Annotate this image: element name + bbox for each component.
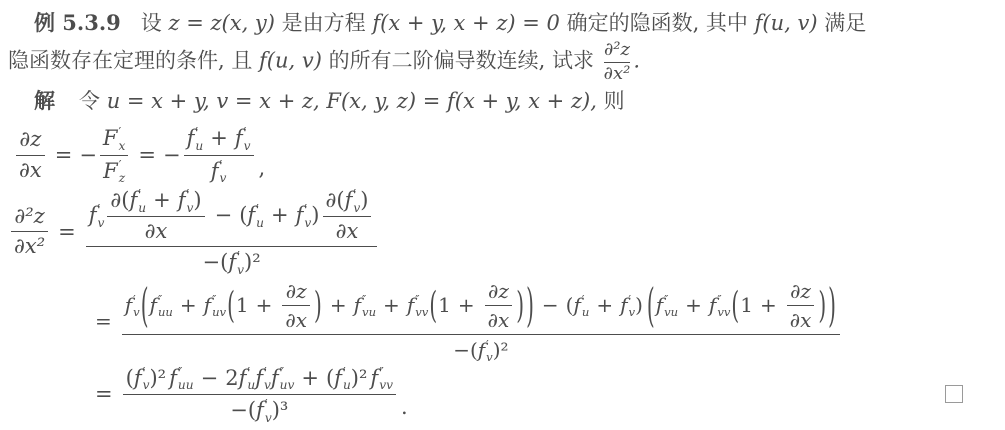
math-variable: f: [354, 293, 361, 317]
math-operator: −: [163, 143, 181, 167]
sub-sup-stack: ′z: [119, 159, 125, 186]
derivative-symbol: f′v: [345, 187, 361, 214]
prime-mark: ′: [343, 366, 346, 380]
subscript: v: [353, 202, 360, 216]
chinese-text: 满足: [818, 11, 867, 35]
fraction: ∂z∂x: [787, 279, 815, 332]
derivative-symbol: f′v: [89, 202, 105, 229]
fraction-denominator: ∂x²: [604, 64, 631, 85]
inline-math: f(x + y, x + z) = 0: [372, 11, 560, 35]
math-operator: =: [95, 382, 113, 406]
fraction: ∂(f′u+f′v)∂x: [107, 187, 204, 244]
math-operator: −: [542, 293, 559, 317]
subscript: v: [143, 379, 150, 393]
subscript: u: [256, 217, 264, 231]
fraction-bar: [485, 305, 513, 306]
math-variable: f: [271, 366, 279, 391]
sub-sup-stack: ″uu: [178, 366, 194, 393]
math-operator: ): [311, 203, 319, 228]
math-operator: +: [330, 293, 347, 317]
derivative-symbol: f″uv: [271, 365, 295, 392]
math-operator: )³: [272, 398, 289, 423]
subscript: vu: [664, 306, 678, 319]
math-variable: f: [656, 293, 663, 317]
fraction-numerator: ∂z: [283, 279, 310, 303]
sub-sup-stack: ′v: [264, 366, 271, 393]
fraction-numerator: ∂z: [787, 279, 814, 303]
derivative-symbol: f″vv: [709, 292, 731, 318]
math-operator: =: [58, 220, 76, 244]
math-operator: (: [126, 366, 134, 391]
math-operator: ): [193, 188, 201, 213]
math-variable: f: [204, 293, 211, 317]
math-variable: f: [620, 293, 627, 317]
derivative-symbol: f′v: [256, 397, 272, 424]
equation-second-derivative-step1: ∂²z∂x²=f′v∂(f′u+f′v)∂x−(f′u+f′v)∂(f′v)∂x…: [8, 187, 995, 277]
sub-sup-stack: ′v: [353, 188, 360, 215]
fraction-denominator: ∂x: [333, 219, 362, 244]
fraction: ∂z∂x: [16, 127, 45, 182]
math-variable: F: [103, 159, 118, 184]
math-operator: =: [95, 309, 112, 333]
math-variable: f: [89, 203, 97, 228]
sub-sup-stack: ′u: [138, 188, 146, 215]
fraction: (f′v)²f″uu−2f′uf′vf″uv+(f′u)²f″vv−(f′v)³: [123, 365, 396, 425]
prime-mark: ′: [98, 203, 101, 217]
derivative-symbol: f′u: [129, 187, 146, 214]
sub-sup-stack: ″vv: [717, 293, 730, 319]
fraction: f′u+f′vf′v: [184, 125, 254, 185]
math-operator: 1: [438, 293, 451, 317]
chinese-text: 令: [79, 89, 107, 113]
math-operator: 1: [236, 293, 249, 317]
math-operator: +: [760, 293, 777, 317]
prime-mark: ′: [256, 203, 259, 217]
derivative-symbol: f′v: [235, 125, 251, 152]
fraction-bar: [86, 246, 378, 247]
sub-sup-stack: ″vv: [415, 293, 428, 319]
subscript: v: [486, 351, 493, 364]
derivative-symbol: f′v: [125, 292, 140, 318]
math-operator: +: [180, 293, 197, 317]
math-variable: f: [150, 293, 157, 317]
sub-sup-stack: ′v: [186, 188, 193, 215]
sub-sup-stack: ′v: [237, 250, 244, 277]
math-variable: f: [134, 366, 142, 391]
fraction-numerator: (f′v)²f″uu−2f′uf′vf″uv+(f′u)²f″vv: [123, 365, 396, 392]
prime-mark: ′: [304, 203, 307, 217]
math-variable: ∂x: [488, 308, 510, 332]
fraction-bar: [323, 216, 372, 217]
derivative-symbol: f′u: [247, 202, 264, 229]
subscript: vv: [379, 379, 393, 393]
fraction-bar: [122, 334, 840, 335]
heading-label: 例 5.3.9: [34, 10, 121, 35]
math-variable: ∂: [110, 188, 121, 213]
prime-mark: ′: [119, 126, 122, 140]
math-operator: −(: [453, 338, 478, 362]
fraction-bar: [123, 394, 396, 395]
math-variable: f: [129, 188, 137, 213]
math-operator: +: [685, 293, 702, 317]
sub-sup-stack: ″uv: [212, 293, 226, 319]
fraction-denominator: ∂x: [485, 308, 513, 332]
fraction-denominator: ∂x: [16, 158, 45, 183]
math-operator: ): [635, 293, 643, 317]
equation-second-derivative-step2: =f′v(f″uu+f″uv(1+∂z∂x)+f″vu+f″vv(1+∂z∂x)…: [88, 279, 995, 363]
math-variable: ∂²z: [14, 204, 44, 229]
subscript: v: [244, 140, 251, 154]
prime-mark: ′: [264, 366, 267, 380]
paren: ): [818, 284, 826, 327]
paren: (: [141, 278, 149, 333]
subscript: v: [629, 306, 636, 319]
sub-sup-stack: ′v: [143, 366, 150, 393]
math-operator: ): [360, 188, 368, 213]
derivative-symbol: f″vu: [354, 292, 376, 318]
math-operator: −(: [203, 250, 229, 275]
subscript: v: [237, 264, 244, 278]
derivative-symbol: f″uu: [169, 365, 193, 392]
math-variable: f: [178, 188, 186, 213]
inline-math: f(u, v): [755, 11, 818, 35]
math-operator: )²: [351, 366, 368, 391]
fraction-numerator: ∂²z: [11, 204, 47, 229]
fraction-bar: [16, 155, 45, 156]
paren: ): [516, 284, 524, 327]
solution-line: 解令 u = x + y, v = x + z, F(x, y, z) = f(…: [8, 84, 995, 118]
inline-math: z = z(x, y): [168, 11, 275, 35]
paren: ): [828, 278, 836, 333]
sub-sup-stack: ′v: [486, 338, 493, 364]
derivative-symbol: f′u: [334, 365, 351, 392]
derivative-symbol: f′v: [134, 365, 150, 392]
math-operator: +: [383, 293, 400, 317]
punctuation: .: [401, 395, 408, 419]
paren: (: [647, 278, 655, 333]
subscript: x: [119, 140, 126, 154]
prime-mark: ′: [265, 398, 268, 412]
derivative-symbol: f′u: [573, 292, 589, 318]
fraction-bar: [100, 155, 128, 156]
heading-label: 解: [34, 88, 55, 113]
math-variable: f: [370, 366, 378, 391]
equation-first-derivative: ∂z∂x=−F′xF′z=−f′u+f′vf′v,: [13, 125, 995, 185]
sub-sup-stack: ′v: [304, 203, 311, 230]
math-variable: f: [125, 293, 132, 317]
fraction: ∂²z∂x²: [11, 204, 48, 259]
math-operator: +: [458, 293, 475, 317]
math-variable: f: [247, 203, 255, 228]
fraction-bar: [184, 155, 254, 156]
math-variable: ∂z: [488, 279, 509, 303]
fraction-numerator: f′v∂(f′u+f′v)∂x−(f′u+f′v)∂(f′v)∂x: [86, 187, 378, 244]
math-operator: (: [336, 188, 344, 213]
math-operator: +: [301, 366, 319, 391]
derivative-symbol: f′u: [187, 125, 204, 152]
math-variable: f: [239, 366, 247, 391]
math-operator: +: [210, 126, 228, 151]
chinese-text: 是由方程: [275, 11, 372, 35]
subscript: u: [195, 140, 203, 154]
subscript: u: [247, 379, 255, 393]
sub-sup-stack: ″vu: [362, 293, 376, 319]
prime-mark: ′: [138, 188, 141, 202]
math-variable: f: [187, 126, 195, 151]
prime-mark: ′: [353, 188, 356, 202]
subscript: v: [265, 412, 272, 426]
chinese-text: 设: [141, 11, 169, 35]
punctuation: ,: [259, 156, 266, 180]
prime-mark: ′: [219, 159, 222, 173]
fraction-numerator: F′x: [100, 125, 128, 152]
subscript: v: [219, 172, 226, 186]
derivative-symbol: f″uu: [150, 292, 173, 318]
derivative-symbol: f′v: [211, 158, 227, 185]
subscript: u: [343, 379, 351, 393]
sub-sup-stack: ′u: [195, 126, 203, 153]
subscript: v: [98, 217, 105, 231]
prime-mark: ″: [178, 366, 183, 380]
inline-math: f(u, v): [259, 49, 322, 73]
sub-sup-stack: ′v: [98, 203, 105, 230]
subscript: u: [138, 202, 146, 216]
fraction-numerator: f′v(f″uu+f″uv(1+∂z∂x)+f″vu+f″vv(1+∂z∂x))…: [122, 279, 840, 332]
derivative-symbol: f′v: [620, 292, 635, 318]
prime-mark: ′: [119, 159, 122, 173]
math-operator: (: [326, 366, 334, 391]
fraction: f′v(f″uu+f″uv(1+∂z∂x)+f″vu+f″vv(1+∂z∂x))…: [122, 279, 840, 363]
math-variable: f: [235, 126, 243, 151]
sub-sup-stack: ′u: [247, 366, 255, 393]
math-operator: )²: [493, 338, 509, 362]
fraction-denominator: −(f′v)²: [200, 249, 264, 276]
fraction: ∂(f′v)∂x: [323, 187, 372, 244]
math-operator: −: [215, 203, 233, 228]
math-operator: −(: [230, 398, 256, 423]
sub-sup-stack: ′u: [582, 293, 589, 319]
prime-mark: ′: [247, 366, 250, 380]
math-variable: f: [255, 366, 263, 391]
derivative-symbol: f″vu: [656, 292, 678, 318]
math-variable: f: [256, 398, 264, 423]
math-variable: ∂z: [19, 127, 41, 152]
derivative-symbol: F′x: [103, 125, 125, 152]
subscript: z: [119, 172, 125, 186]
paren: (: [731, 284, 739, 327]
math-variable: f: [573, 293, 580, 317]
subscript: v: [186, 202, 193, 216]
paren: ): [526, 278, 534, 333]
sub-sup-stack: ′u: [343, 366, 351, 393]
fraction-denominator: ∂x: [282, 308, 310, 332]
math-operator: )²: [149, 366, 166, 391]
prime-mark: ′: [244, 126, 247, 140]
math-variable: f: [296, 203, 304, 228]
prime-mark: ′: [186, 188, 189, 202]
subscript: v: [133, 306, 140, 319]
fraction-numerator: ∂(f′u+f′v): [107, 187, 204, 214]
math-operator: +: [271, 203, 289, 228]
subscript: uu: [158, 306, 173, 319]
subscript: uv: [212, 306, 226, 319]
sub-sup-stack: ′v: [219, 159, 226, 186]
chinese-text: 确定的隐函数, 其中: [560, 11, 755, 35]
math-variable: f: [709, 293, 716, 317]
fraction: f′v∂(f′u+f′v)∂x−(f′u+f′v)∂(f′v)∂x−(f′v)²: [86, 187, 378, 277]
derivative-symbol: F′z: [103, 158, 125, 185]
math-operator: +: [596, 293, 613, 317]
prime-mark: ″: [379, 366, 384, 380]
fraction-numerator: ∂(f′v): [323, 187, 372, 214]
math-variable: ∂z: [286, 279, 307, 303]
subscript: vu: [362, 306, 376, 319]
fraction-numerator: ∂z: [485, 279, 512, 303]
fraction-denominator: F′z: [100, 158, 128, 185]
math-variable: ∂z: [790, 279, 811, 303]
fraction-denominator: ∂x: [787, 308, 815, 332]
subscript: v: [304, 217, 311, 231]
math-operator: )²: [244, 250, 261, 275]
fraction-bar: [11, 231, 48, 232]
math-variable: f: [345, 188, 353, 213]
sub-sup-stack: ′u: [256, 203, 264, 230]
qed-box: [945, 385, 963, 403]
sub-sup-stack: ″uu: [158, 293, 173, 319]
subscript: vv: [717, 306, 730, 319]
derivative-symbol: f″vv: [407, 292, 429, 318]
subscript: uv: [280, 379, 295, 393]
math-variable: f: [211, 159, 219, 184]
derivative-symbol: f″uv: [204, 292, 226, 318]
fraction-bar: [787, 305, 815, 306]
math-variable: ∂: [326, 188, 337, 213]
math-variable: f: [334, 366, 342, 391]
math-variable: ∂x: [790, 308, 812, 332]
subscript: u: [582, 306, 589, 319]
math-variable: ∂x: [285, 308, 307, 332]
sub-sup-stack: ″uv: [280, 366, 295, 393]
paren: (: [227, 284, 235, 327]
sub-sup-stack: ′x: [119, 126, 126, 153]
sub-sup-stack: ″vv: [379, 366, 393, 393]
math-operator: 2: [225, 366, 238, 391]
derivative-symbol: f′v: [228, 249, 244, 276]
derivative-symbol: f′v: [478, 337, 493, 363]
math-operator: −: [201, 366, 219, 391]
prime-mark: ′: [195, 126, 198, 140]
equation-second-derivative-final: =(f′v)²f″uu−2f′uf′vf″uv+(f′u)²f″vv−(f′v)…: [88, 365, 995, 425]
math-operator: =: [138, 143, 156, 167]
paren: (: [429, 284, 437, 327]
prime-mark: ″: [280, 366, 285, 380]
chinese-text: 隐函数存在定理的条件, 且: [8, 49, 259, 73]
chinese-text: 的所有二阶偏导数连续, 试求: [322, 49, 601, 73]
textbook-page: 例 5.3.9设 z = z(x, y) 是由方程 f(x + y, x + z…: [0, 0, 1005, 430]
chinese-text: 则: [597, 89, 625, 113]
fraction-bar: [107, 216, 204, 217]
fraction-bar: [282, 305, 310, 306]
math-variable: f: [228, 250, 236, 275]
subscript: uu: [178, 379, 194, 393]
math-operator: +: [256, 293, 273, 317]
fraction-denominator: ∂x²: [11, 234, 48, 259]
fraction: ∂z∂x: [485, 279, 513, 332]
math-operator: −: [79, 143, 97, 167]
fraction-denominator: −(f′v)²: [450, 337, 511, 363]
inline-math: .: [633, 49, 640, 73]
sub-sup-stack: ″vu: [664, 293, 678, 319]
derivative-symbol: f″vv: [370, 365, 393, 392]
paren: ): [314, 284, 322, 327]
math-variable: ∂x²: [14, 234, 45, 259]
prime-mark: ′: [143, 366, 146, 380]
math-operator: +: [153, 188, 171, 213]
math-variable: f: [407, 293, 414, 317]
derivative-symbol: f′u: [239, 365, 256, 392]
fraction-denominator: ∂x: [142, 219, 171, 244]
math-variable: ∂x: [19, 158, 42, 183]
sub-sup-stack: ′v: [133, 293, 140, 319]
fraction-numerator: f′u+f′v: [184, 125, 254, 152]
sub-sup-stack: ′v: [244, 126, 251, 153]
sub-sup-stack: ′v: [629, 293, 636, 319]
sub-sup-stack: ′v: [265, 398, 272, 425]
subscript: v: [264, 379, 271, 393]
math-operator: =: [55, 143, 73, 167]
derivative-symbol: f′v: [296, 202, 312, 229]
derivative-symbol: f′v: [255, 365, 271, 392]
math-variable: ∂x: [336, 219, 359, 244]
problem-line-1: 例 5.3.9设 z = z(x, y) 是由方程 f(x + y, x + z…: [8, 6, 995, 40]
fraction-denominator: f′v: [208, 158, 230, 185]
math-variable: f: [478, 338, 485, 362]
fraction-denominator: −(f′v)³: [227, 397, 291, 424]
math-variable: f: [169, 366, 177, 391]
prime-mark: ′: [237, 250, 240, 264]
math-variable: ∂x: [145, 219, 168, 244]
fraction: ∂z∂x: [282, 279, 310, 332]
derivative-symbol: f′v: [178, 187, 194, 214]
subscript: vv: [415, 306, 428, 319]
problem-line-2: 隐函数存在定理的条件, 且 f(u, v) 的所有二阶偏导数连续, 试求 ∂²z…: [8, 40, 995, 84]
inline-math: u = x + y, v = x + z, F(x, y, z) = f(x +…: [107, 89, 597, 113]
fraction: F′xF′z: [100, 125, 128, 185]
inline-fraction: ∂²z∂x²: [604, 40, 631, 84]
fraction-numerator: ∂²z: [604, 40, 630, 61]
math-variable: F: [103, 126, 118, 151]
fraction-numerator: ∂z: [16, 127, 44, 152]
math-operator: 1: [740, 293, 753, 317]
